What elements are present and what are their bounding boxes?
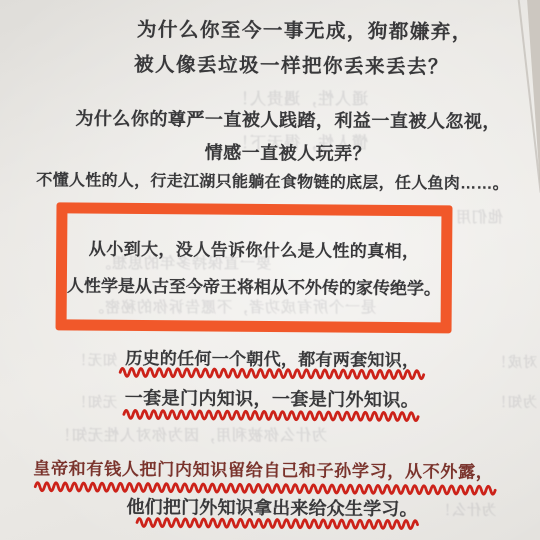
- page-content: 为什么你至今一事无成，狗都嫌弃， 被人像丢垃圾一样把你丢来丢去？ 为什么你的尊严…: [0, 0, 540, 540]
- book-page-photo: 通人性，遇贵人！懂人性，得天下！他们用要一直保持多年的思想。是一个所有成功者，不…: [0, 0, 540, 540]
- wavy-underline-2: [123, 408, 419, 423]
- headline-line2: 被人像丢垃圾一样把你丢来丢去？: [22, 48, 540, 80]
- wavy-underline-1: [119, 366, 422, 381]
- highlight-box-line2: 人性学是从古至今帝王将相从不外传的家传绝学。: [67, 271, 441, 299]
- wavy-underline-4: [136, 516, 419, 531]
- statement-line: 不懂人性的人，行走江湖只能躺在食物链的底层，任人鱼肉……。: [3, 167, 540, 194]
- question2-line1: 为什么你的尊严一直被人践踏，利益一直被人忽视，: [18, 104, 540, 134]
- highlight-box-line1: 从小到大，没人告诉你什么是人性的真相，: [67, 234, 441, 262]
- question2-line2: 情感一直被人玩弄？: [18, 137, 540, 167]
- highlight-box: 从小到大，没人告诉你什么是人性的真相， 人性学是从古至今帝王将相从不外传的家传绝…: [56, 202, 453, 333]
- headline-line1: 为什么你至今一事无成，狗都嫌弃，: [35, 13, 540, 45]
- emperor-line1: 皇帝和有钱人把门内知识留给自己和子孙学习，从不外露，: [0, 454, 534, 483]
